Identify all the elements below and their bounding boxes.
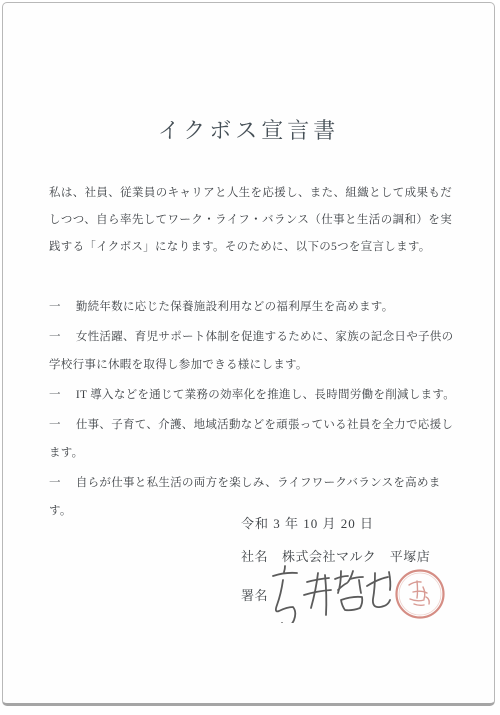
company-name: 株式会社マルク 平塚店 bbox=[282, 549, 430, 564]
date-text: 令和 3 年 10 月 20 日 bbox=[241, 513, 374, 532]
declaration-text: 仕事、子育て、介護、地域活動などを頑張っている社員を全力で応援します。 bbox=[49, 419, 453, 459]
declaration-text: 自らが仕事と私生活の両方を楽しみ、ライフワークバランスを高めます。 bbox=[49, 477, 441, 517]
handwritten-signature bbox=[267, 563, 393, 623]
document-page: イクボス宣言書 私は、社員、従業員のキャリアと人生を応援し、また、組織として成果… bbox=[2, 2, 495, 706]
declaration-text: 女性活躍、育児サポート体制を促進するために、家族の記念日や子供の学校行事に休暇を… bbox=[49, 331, 453, 371]
company-label: 社名 bbox=[241, 549, 268, 564]
signature-label: 署名 bbox=[241, 585, 268, 604]
declaration-list: 一勤続年数に応じた保養施設利用などの福利厚生を高めます。 一女性活躍、育児サポー… bbox=[49, 293, 456, 527]
document-title: イクボス宣言書 bbox=[3, 114, 494, 145]
declaration-marker: 一 bbox=[49, 389, 61, 401]
declaration-marker: 一 bbox=[49, 477, 61, 489]
declaration-marker: 一 bbox=[49, 331, 61, 343]
declaration-item: 一仕事、子育て、介護、地域活動などを頑張っている社員を全力で応援します。 bbox=[49, 411, 456, 467]
declaration-marker: 一 bbox=[49, 301, 61, 313]
intro-paragraph: 私は、社員、従業員のキャリアと人生を応援し、また、組織として成果もだしつつ、自ら… bbox=[49, 180, 452, 261]
declaration-text: 勤続年数に応じた保養施設利用などの福利厚生を高めます。 bbox=[76, 301, 394, 313]
declaration-marker: 一 bbox=[49, 419, 61, 431]
declaration-text: IT 導入などを通じて業務の効率化を推進し、長時間労働を削減します。 bbox=[76, 389, 455, 401]
declaration-item: 一女性活躍、育児サポート体制を促進するために、家族の記念日や子供の学校行事に休暇… bbox=[49, 323, 456, 379]
declaration-item: 一勤続年数に応じた保養施設利用などの福利厚生を高めます。 bbox=[49, 293, 456, 321]
hanko-seal-icon bbox=[393, 567, 447, 621]
declaration-item: 一IT 導入などを通じて業務の効率化を推進し、長時間労働を削減します。 bbox=[49, 381, 456, 409]
